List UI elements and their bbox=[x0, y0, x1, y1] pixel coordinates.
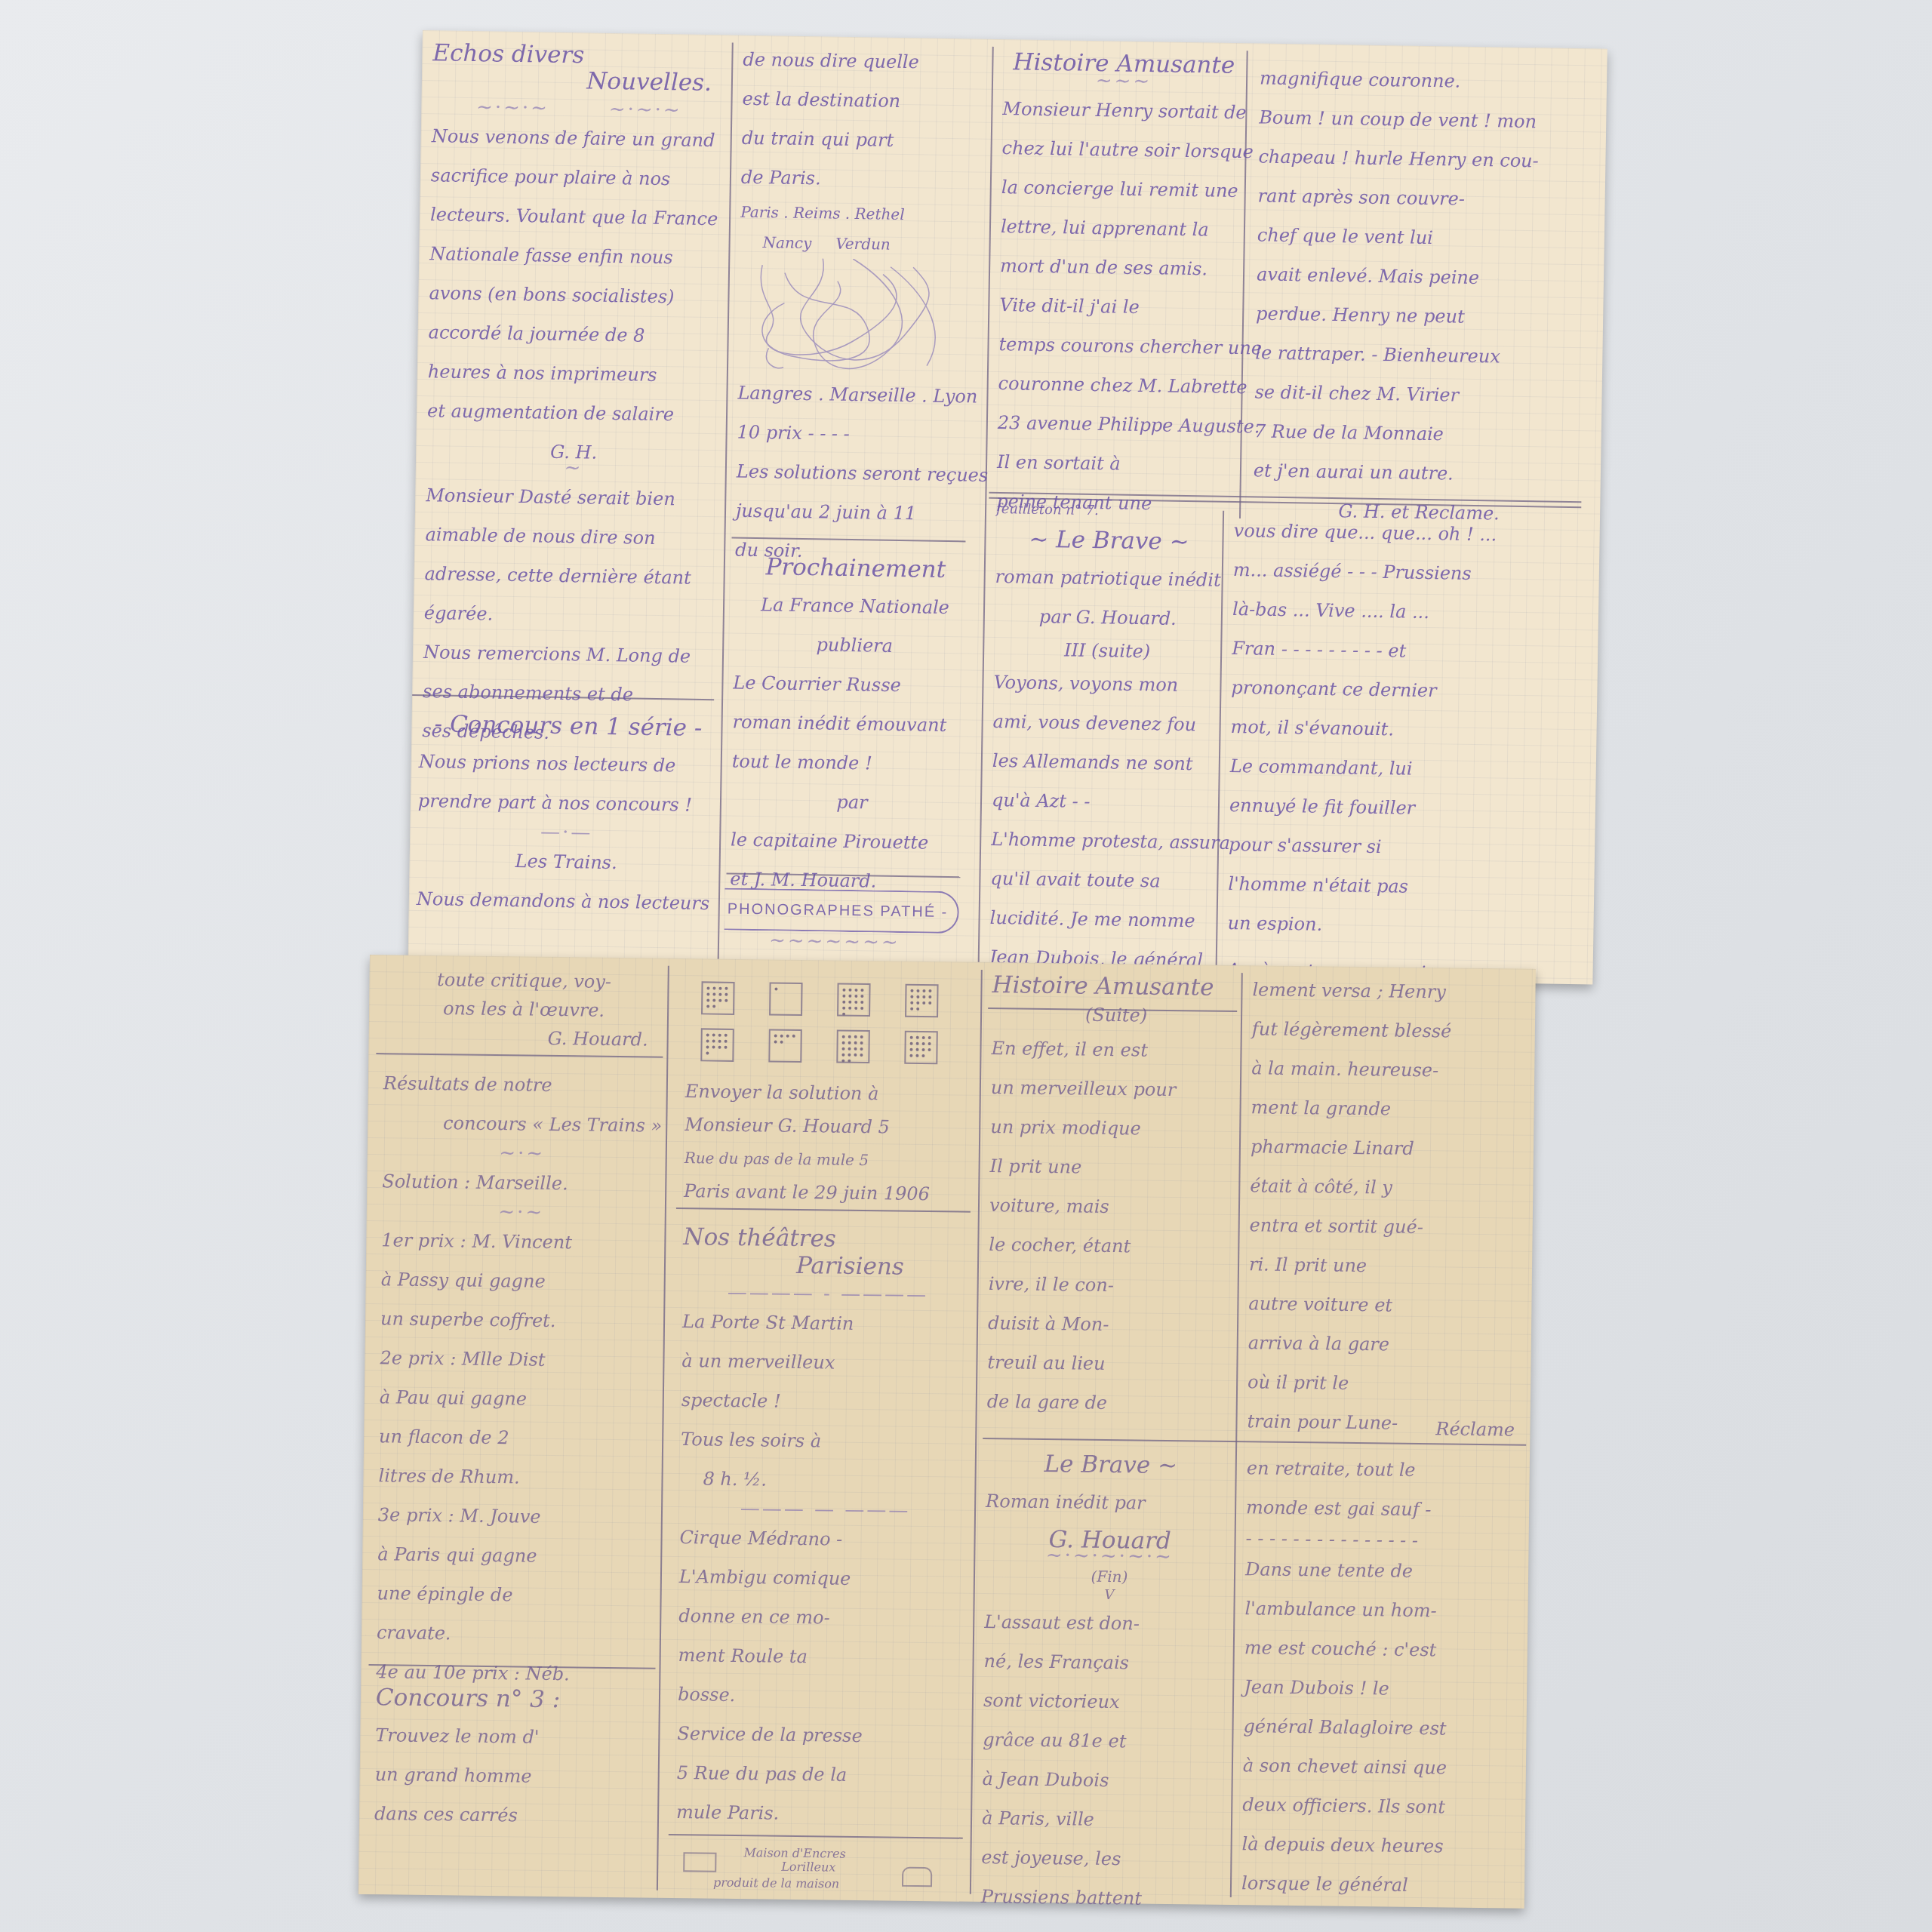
dot-icon bbox=[848, 1035, 851, 1038]
dot-icon bbox=[860, 1041, 863, 1044]
dot-icon bbox=[854, 1048, 857, 1051]
cirque-medrano: Cirque Médrano - bbox=[679, 1518, 971, 1561]
novel-title-courrier-russe: Le Courrier Russe bbox=[733, 663, 975, 706]
dot-icon bbox=[910, 1001, 913, 1004]
text-line: l'homme n'était pas bbox=[1228, 864, 1576, 909]
text-line: Fran - - - - - - - - - et bbox=[1232, 629, 1580, 673]
chapter-number: III (suite) bbox=[994, 635, 1221, 666]
text-line: fut légèrement blessé bbox=[1252, 1009, 1532, 1052]
dot-icon bbox=[921, 1048, 924, 1051]
dot-icon bbox=[712, 987, 715, 990]
text-line: voiture, mais bbox=[989, 1186, 1239, 1228]
text-line: chez lui l'autre soir lorsque bbox=[1001, 128, 1244, 171]
dot-icon bbox=[928, 1036, 931, 1039]
puzzle-square bbox=[701, 981, 735, 1015]
text-line: à un merveilleux bbox=[681, 1341, 973, 1384]
dot-icon bbox=[706, 1045, 709, 1048]
column-histoire-suite: Histoire Amusante (Suite) En effet, il e… bbox=[987, 967, 1241, 1424]
text-line: une épingle de bbox=[377, 1574, 657, 1617]
dot-icon bbox=[712, 1005, 715, 1008]
dot-icon bbox=[706, 998, 709, 1001]
text-line: ivre, il le con- bbox=[988, 1264, 1238, 1306]
text-line: dans ces carrés bbox=[374, 1794, 654, 1837]
column-le-brave-end: en retraite, tout le monde est gai sauf … bbox=[1241, 1448, 1526, 1906]
text-line: Il prit une bbox=[989, 1146, 1239, 1189]
dot-icon bbox=[854, 989, 857, 992]
puzzle-square bbox=[836, 1030, 870, 1064]
show-time: 8 h. ½. bbox=[680, 1459, 971, 1502]
ornament-swash: ~~~~~~~ bbox=[724, 930, 965, 953]
dot-icon bbox=[915, 1054, 918, 1057]
dot-icon bbox=[916, 1008, 919, 1011]
column-trains-puzzle: de nous dire quelle est la destination d… bbox=[735, 40, 985, 574]
text-line: litres de Rhum. bbox=[378, 1456, 658, 1499]
text-line: lement versa ; Henry bbox=[1252, 970, 1532, 1013]
dot-icon bbox=[848, 995, 851, 998]
dot-icon bbox=[854, 1041, 857, 1044]
dot-icon bbox=[915, 1048, 918, 1051]
dot-icon bbox=[706, 1051, 709, 1054]
dot-icon bbox=[922, 1001, 925, 1004]
text-line: Nationale fasse enfin nous bbox=[429, 234, 724, 278]
text-line: et j'en aurai un autre. bbox=[1254, 451, 1586, 495]
dot-icon bbox=[724, 993, 728, 996]
heading-parisiens: Parisiens bbox=[683, 1246, 974, 1286]
map-labels-destinations: Langres . Marseille . Lyon bbox=[737, 374, 980, 417]
text-line: ami, vous devenez fou bbox=[992, 702, 1220, 745]
ink-pot-icon bbox=[902, 1867, 932, 1887]
dot-icon bbox=[916, 1036, 919, 1039]
dot-icon bbox=[718, 1034, 721, 1037]
dot-icon bbox=[848, 1041, 851, 1044]
text-line: temps courons chercher une bbox=[998, 325, 1241, 368]
text-line: magnifique couronne. bbox=[1260, 58, 1592, 103]
dot-icon bbox=[724, 1034, 728, 1037]
text-line: ment la grande bbox=[1251, 1088, 1531, 1131]
section-nos-theatres: Nos théâtres Parisiens ———— - ———— La Po… bbox=[676, 1219, 974, 1835]
dot-icon bbox=[860, 1054, 863, 1057]
dot-icon bbox=[916, 1001, 919, 1004]
text-line: roman inédit émouvant bbox=[732, 703, 974, 746]
text-line: à Pau qui gagne bbox=[380, 1377, 660, 1420]
text-line: Boum ! un coup de vent ! mon bbox=[1259, 97, 1592, 142]
text-line: qu'il avait toute sa bbox=[990, 859, 1217, 902]
dot-icon bbox=[909, 1048, 912, 1051]
text-line: aimable de nous dire son bbox=[425, 515, 720, 558]
dashed-separator: - - - - - - - - - - - - - - - bbox=[1245, 1527, 1524, 1553]
dot-icon bbox=[712, 993, 715, 996]
text-line: L'assaut est don- bbox=[984, 1602, 1234, 1644]
text-line: jusqu'au 2 juin à 11 bbox=[736, 491, 978, 534]
text-line: qu'à Azt - - bbox=[992, 780, 1219, 823]
dot-icon bbox=[774, 1041, 777, 1044]
text-line: Nous venons de faire un grand bbox=[431, 116, 726, 160]
dot-icon bbox=[780, 1035, 783, 1038]
puzzle-square bbox=[700, 1028, 734, 1062]
text-line: tout le monde ! bbox=[731, 742, 974, 785]
text-line: En effet, il en est bbox=[991, 1029, 1241, 1071]
text-line: Service de la presse bbox=[677, 1714, 968, 1757]
dot-icon bbox=[910, 989, 913, 992]
dot-icon bbox=[724, 999, 728, 1002]
text-line: 2e prix : Mlle Dist bbox=[380, 1338, 660, 1381]
dot-icon bbox=[724, 1040, 728, 1043]
dot-icon bbox=[842, 995, 845, 998]
dot-icon bbox=[774, 988, 777, 991]
prize-count: 10 prix - - - - bbox=[737, 413, 979, 456]
text-line: en retraite, tout le bbox=[1246, 1448, 1526, 1491]
text-line: à Passy qui gagne bbox=[380, 1260, 660, 1303]
text-line: le cocher, étant bbox=[989, 1225, 1238, 1267]
dot-icon bbox=[718, 987, 721, 990]
dot-icon bbox=[724, 1046, 728, 1049]
text-line: chapeau ! hurle Henry en cou- bbox=[1258, 137, 1591, 181]
dot-icon bbox=[860, 1035, 863, 1038]
text-line: à son chevet ainsi que bbox=[1243, 1746, 1523, 1789]
section-concours: - Concours en 1 série - Nous prions nos … bbox=[417, 706, 718, 923]
dot-icon bbox=[718, 1046, 721, 1049]
text-line: L'Ambigu comique bbox=[679, 1557, 971, 1600]
dot-icon bbox=[848, 1001, 851, 1004]
ad-text: PHONOGRAPHES PATHÉ - bbox=[724, 888, 958, 934]
text-line: ennuyé le fit fouiller bbox=[1229, 786, 1577, 830]
ad-phonographes-pathe: PHONOGRAPHES PATHÉ - ~~~~~~~ bbox=[724, 888, 966, 953]
text-line: sacrifice pour plaire à nos bbox=[431, 155, 726, 199]
text-line: l'ambulance un hom- bbox=[1244, 1589, 1524, 1632]
text-line: autre voiture et bbox=[1248, 1284, 1528, 1327]
dot-icon bbox=[922, 1036, 925, 1039]
dot-icon bbox=[910, 1036, 913, 1039]
text-line: La Porte St Martin bbox=[682, 1302, 974, 1345]
dot-icon bbox=[922, 1042, 925, 1045]
dot-icon bbox=[842, 1001, 845, 1004]
dot-icon bbox=[928, 1048, 931, 1051]
text-line: égarée. bbox=[423, 593, 718, 637]
section-concours-3: Concours n° 3 : Trouvez le nom d' un gra… bbox=[374, 1679, 655, 1837]
text-line: L'homme protesta, assura bbox=[991, 820, 1218, 863]
text-line: lorsque le général bbox=[1241, 1863, 1521, 1906]
novel-author: par G. Houard. bbox=[994, 596, 1221, 639]
text-line: 5 Rue du pas de la bbox=[676, 1753, 968, 1796]
puzzle-dot-squares bbox=[700, 981, 973, 1064]
text-line: La France Nationale bbox=[734, 585, 977, 628]
text-line: monde est gai sauf - bbox=[1246, 1487, 1526, 1531]
deadline-date: Paris avant le 29 juin 1906 bbox=[684, 1171, 975, 1214]
map-label-verdun: Verdun bbox=[835, 235, 891, 254]
text-line: Prussiens battent bbox=[980, 1877, 1230, 1919]
dot-icon bbox=[792, 1035, 795, 1038]
text-line: donne en ce mo- bbox=[678, 1596, 970, 1639]
text-line: général Balagloire est bbox=[1243, 1706, 1523, 1749]
text-line: né, les Français bbox=[983, 1641, 1233, 1684]
text-line: Nous remercions M. Long de bbox=[423, 632, 718, 676]
dot-icon bbox=[854, 1007, 857, 1010]
dot-icon bbox=[910, 1042, 913, 1045]
dot-icon bbox=[718, 999, 721, 1002]
dot-icon bbox=[860, 995, 863, 998]
text-line: Trouvez le nom d' bbox=[375, 1715, 655, 1758]
dot-icon bbox=[910, 1008, 913, 1011]
section-envoyer-solution: Envoyer la solution à Monsieur G. Houard… bbox=[684, 1072, 976, 1214]
text-line: Vite dit-il j'ai le bbox=[999, 285, 1241, 328]
text-line: ri. Il prit une bbox=[1249, 1244, 1529, 1287]
text-line: se dit-il chez M. Virier bbox=[1254, 372, 1587, 417]
text-line: où il prit le bbox=[1247, 1362, 1527, 1405]
text-line: arriva à la gare bbox=[1247, 1323, 1527, 1366]
heading-concours-3: Concours n° 3 : bbox=[376, 1679, 656, 1719]
column-le-brave-continued: vous dire que... que... oh ! ... m... as… bbox=[1226, 511, 1581, 1034]
text-line: entra et sortit gué- bbox=[1249, 1205, 1529, 1248]
text-line: Le commandant, lui bbox=[1229, 746, 1577, 791]
text-line: du train qui part bbox=[741, 118, 983, 162]
text-line: Nous prions nos lecteurs de bbox=[418, 742, 717, 786]
text-line: me est couché : c'est bbox=[1244, 1628, 1524, 1671]
bottom-newspaper-sheet: toute critique, voy- ons les à l'œuvre. … bbox=[358, 955, 1536, 1909]
dot-icon bbox=[928, 989, 931, 992]
text-line: de Paris. bbox=[741, 158, 983, 201]
dot-icon bbox=[848, 1060, 851, 1063]
dot-icon bbox=[854, 1001, 857, 1004]
text-line: mot, il s'évanouit. bbox=[1230, 707, 1578, 752]
signature-block: Réclame bbox=[1435, 1409, 1527, 1449]
dot-icon bbox=[928, 1001, 931, 1004]
text-line: un prix modique bbox=[990, 1107, 1240, 1149]
text-line: avait enlevé. Mais peine bbox=[1257, 254, 1589, 299]
text-line: était à côté, il y bbox=[1250, 1166, 1530, 1209]
dot-icon bbox=[928, 1042, 931, 1045]
text-line: Tous les soirs à bbox=[681, 1420, 972, 1463]
dot-icon bbox=[706, 1033, 709, 1036]
heading-le-brave: Le Brave ~ bbox=[986, 1445, 1236, 1484]
section-le-brave-feuilleton: feuilleton n° 7. ~ Le Brave ~ roman patr… bbox=[989, 498, 1223, 1020]
dot-icon bbox=[842, 1035, 845, 1038]
ink-bottle-icon bbox=[683, 1852, 716, 1872]
dot-icon bbox=[712, 1046, 715, 1049]
text-line: accordé la journée de 8 bbox=[428, 312, 723, 356]
puzzle-square bbox=[768, 1029, 802, 1063]
text-line: un merveilleux pour bbox=[991, 1068, 1241, 1110]
dot-icon bbox=[848, 1054, 851, 1057]
dot-icon bbox=[712, 1040, 715, 1043]
dot-icon bbox=[712, 1034, 715, 1037]
dot-icon bbox=[842, 1013, 845, 1016]
text-line: mule Paris. bbox=[676, 1792, 968, 1835]
footer-ink-ad: Maison d'Encres Lorilleux produit de la … bbox=[675, 1841, 967, 1898]
text-line: le rattraper. - Bienheureux bbox=[1255, 333, 1588, 377]
text-line: prendre part à nos concours ! bbox=[418, 781, 717, 825]
dot-icon bbox=[854, 1054, 857, 1057]
dot-icon bbox=[922, 989, 925, 992]
column-histoire-end: lement versa ; Henry fut légèrement bles… bbox=[1247, 970, 1532, 1444]
text-line: mort d'un de ses amis. bbox=[1000, 246, 1242, 289]
signature-g-houard: G. Houard. bbox=[383, 1017, 663, 1060]
text-line: là-bas ... Vive .... la ... bbox=[1232, 589, 1580, 634]
map-labels-row: Paris . Reims . Rethel bbox=[740, 197, 983, 231]
dot-icon bbox=[848, 989, 851, 992]
text-line: lecteurs. Voulant que la France bbox=[430, 195, 725, 238]
text-line: spectacle ! bbox=[681, 1380, 973, 1423]
text-line: couronne chez M. Labrette bbox=[998, 364, 1240, 407]
dot-icon bbox=[916, 1042, 919, 1045]
novel-title: Le Brave bbox=[1056, 526, 1162, 555]
text-line: Il en sortait à bbox=[997, 442, 1239, 485]
dot-icon bbox=[706, 992, 709, 995]
heading-concours-serie: - Concours en 1 série - bbox=[419, 706, 718, 746]
text-line: Monsieur Dasté serait bien bbox=[426, 475, 721, 519]
text-line: avons (en bons socialistes) bbox=[429, 273, 724, 317]
dot-icon bbox=[712, 999, 715, 1002]
dot-icon bbox=[916, 995, 919, 998]
chapter-note: (Fin) bbox=[985, 1564, 1234, 1589]
text-line: un grand homme bbox=[374, 1755, 654, 1798]
text-line: duisit à Mon- bbox=[988, 1303, 1238, 1346]
text-line: Voyons, voyons mon bbox=[993, 663, 1220, 706]
dot-icon bbox=[718, 1040, 721, 1043]
dot-icon bbox=[842, 1007, 845, 1010]
column-histoire-continued: magnifique couronne. Boum ! un coup de v… bbox=[1253, 58, 1592, 534]
text-line: pharmacie Linard bbox=[1251, 1127, 1531, 1170]
dot-icon bbox=[842, 1041, 845, 1044]
text-line: un flacon de 2 bbox=[379, 1417, 659, 1460]
dot-icon bbox=[860, 989, 863, 992]
puzzle-square bbox=[904, 1031, 938, 1065]
dot-icon bbox=[860, 1048, 863, 1051]
suite-label: (Suite) bbox=[992, 998, 1241, 1032]
text-line: 23 avenue Philippe Auguste. bbox=[998, 403, 1240, 446]
text-line: les Allemands ne sont bbox=[992, 741, 1219, 784]
puzzle-square bbox=[837, 983, 871, 1017]
text-line: rant après son couvre- bbox=[1257, 176, 1590, 220]
dot-icon bbox=[854, 1035, 857, 1038]
dot-icon bbox=[774, 1035, 777, 1038]
feuilleton-number: feuilleton n° 7. bbox=[996, 498, 1223, 525]
text-line: 7 Rue de la Monnaie bbox=[1254, 411, 1586, 456]
text-line: adresse, cette dernière étant bbox=[424, 554, 719, 598]
heading-prochainement: Prochainement bbox=[735, 549, 977, 589]
text-line: prononçant ce dernier bbox=[1231, 668, 1579, 712]
text-line: treuil au lieu bbox=[987, 1343, 1237, 1385]
section-le-brave-fin: Le Brave ~ Roman inédit par G. Houard ~·… bbox=[980, 1445, 1235, 1919]
map-label-nancy: Nancy bbox=[762, 233, 811, 252]
puzzle-square bbox=[905, 984, 939, 1018]
text-line: Dans une tente de bbox=[1245, 1549, 1525, 1592]
text-line: un espion. bbox=[1227, 903, 1575, 948]
map-label-rethel: Rethel bbox=[854, 205, 904, 223]
column-resultats: toute critique, voy- ons les à l'œuvre. … bbox=[376, 959, 664, 1694]
dot-icon bbox=[841, 1048, 844, 1051]
text-line: à Paris, ville bbox=[982, 1798, 1232, 1841]
dot-icon bbox=[724, 987, 728, 990]
text-line: chef que le vent lui bbox=[1257, 215, 1589, 260]
dot-icon bbox=[780, 1041, 783, 1044]
text-line: sont victorieux bbox=[983, 1681, 1233, 1723]
puzzle-grid bbox=[700, 981, 973, 1064]
text-line: 1er prix : M. Vincent bbox=[381, 1220, 661, 1263]
heading-resultats: Résultats de notre bbox=[383, 1063, 663, 1106]
text-line: est joyeuse, les bbox=[981, 1838, 1231, 1880]
text-line: grâce au 81e et bbox=[983, 1720, 1232, 1762]
heading-le-brave: ~ Le Brave ~ bbox=[995, 521, 1223, 561]
map-label-paris: Paris bbox=[740, 203, 779, 222]
text-line: vous dire que... que... oh ! ... bbox=[1233, 511, 1581, 555]
signature-reclame: Réclame bbox=[1435, 1409, 1527, 1449]
dot-icon bbox=[921, 1054, 924, 1057]
text-line: un superbe coffret. bbox=[380, 1299, 660, 1342]
heading-les-trains: Les Trains. bbox=[417, 840, 715, 884]
map-labels-row: Nancy Verdun bbox=[740, 227, 982, 261]
text-line: pour s'assurer si bbox=[1229, 825, 1577, 869]
dot-icon bbox=[706, 1039, 709, 1042]
dot-icon bbox=[860, 1001, 863, 1004]
text-line: là depuis deux heures bbox=[1241, 1824, 1521, 1867]
text-line: est la destination bbox=[742, 79, 984, 122]
dot-icon bbox=[910, 995, 913, 998]
text-line: et augmentation de salaire bbox=[427, 391, 722, 435]
dot-icon bbox=[916, 989, 919, 992]
dot-icon bbox=[848, 1048, 851, 1051]
heading-resultats-sub: concours « Les Trains » bbox=[383, 1103, 663, 1146]
dot-icon bbox=[854, 995, 857, 998]
dot-icon bbox=[841, 1060, 844, 1063]
section-prochainement: Prochainement La France Nationale publie… bbox=[730, 549, 977, 903]
ornament-swash: ~·~·~·~·~ bbox=[985, 1545, 1234, 1567]
text-line: Nous demandons à nos lecteurs bbox=[417, 879, 715, 923]
dot-icon bbox=[848, 1007, 851, 1010]
text-line: à Paris qui gagne bbox=[377, 1534, 657, 1577]
top-newspaper-sheet: Echos divers Nouvelles. ~·~·~ ~·~·~ Nous… bbox=[408, 30, 1607, 985]
text-line: lettre, lui apprenant la bbox=[1001, 207, 1243, 250]
dot-icon bbox=[718, 993, 721, 996]
text-line: roman patriotique inédit bbox=[995, 557, 1222, 600]
solution-text: Solution : Marseille. bbox=[382, 1161, 662, 1204]
text-line: m... assiégé - - - Prussiens bbox=[1232, 550, 1580, 595]
text-line: Roman inédit par bbox=[986, 1481, 1235, 1524]
puzzle-square bbox=[769, 982, 803, 1016]
dot-icon bbox=[841, 1054, 844, 1057]
text-line: Les solutions seront reçues bbox=[736, 452, 978, 495]
text-line: perdue. Henry ne peut bbox=[1256, 294, 1589, 338]
text-line: de la gare de bbox=[987, 1382, 1237, 1424]
text-line: le capitaine Pirouette bbox=[731, 820, 973, 863]
text-line: à la main. heureuse- bbox=[1251, 1048, 1531, 1091]
text-line: 3e prix : M. Jouve bbox=[378, 1495, 658, 1538]
dot-icon bbox=[860, 1007, 863, 1010]
text-line: deux officiers. Ils sont bbox=[1242, 1785, 1522, 1828]
dot-icon bbox=[706, 1004, 709, 1008]
text-line: bosse. bbox=[678, 1675, 969, 1718]
column-echos-divers: Echos divers Nouvelles. ~·~·~ ~·~·~ Nous… bbox=[422, 35, 728, 755]
map-label-reims: Reims bbox=[793, 204, 841, 223]
text-line: par bbox=[731, 781, 974, 824]
dot-icon bbox=[786, 1035, 789, 1038]
dot-icon bbox=[842, 989, 845, 992]
text-line: lucidité. Je me nomme bbox=[989, 898, 1217, 941]
text-line: ment Roule ta bbox=[678, 1635, 969, 1678]
text-line: de nous dire quelle bbox=[743, 40, 985, 83]
text-line: Jean Dubois ! le bbox=[1244, 1667, 1524, 1710]
text-line: publiera bbox=[734, 624, 976, 667]
text-line: la concierge lui remit une bbox=[1001, 168, 1243, 211]
dot-icon bbox=[922, 995, 925, 998]
text-line: cravate. bbox=[377, 1613, 657, 1656]
dot-icon bbox=[706, 986, 709, 989]
text-line: produit de la maison bbox=[713, 1863, 840, 1904]
column-histoire-amusante: Histoire Amusante ~~~ Monsieur Henry sor… bbox=[996, 44, 1245, 525]
dot-icon bbox=[909, 1054, 912, 1057]
text-line: à Jean Dubois bbox=[982, 1759, 1232, 1801]
novel-title: Le Brave bbox=[1044, 1451, 1150, 1479]
text-line: Monsieur Henry sortait de bbox=[1002, 89, 1244, 132]
